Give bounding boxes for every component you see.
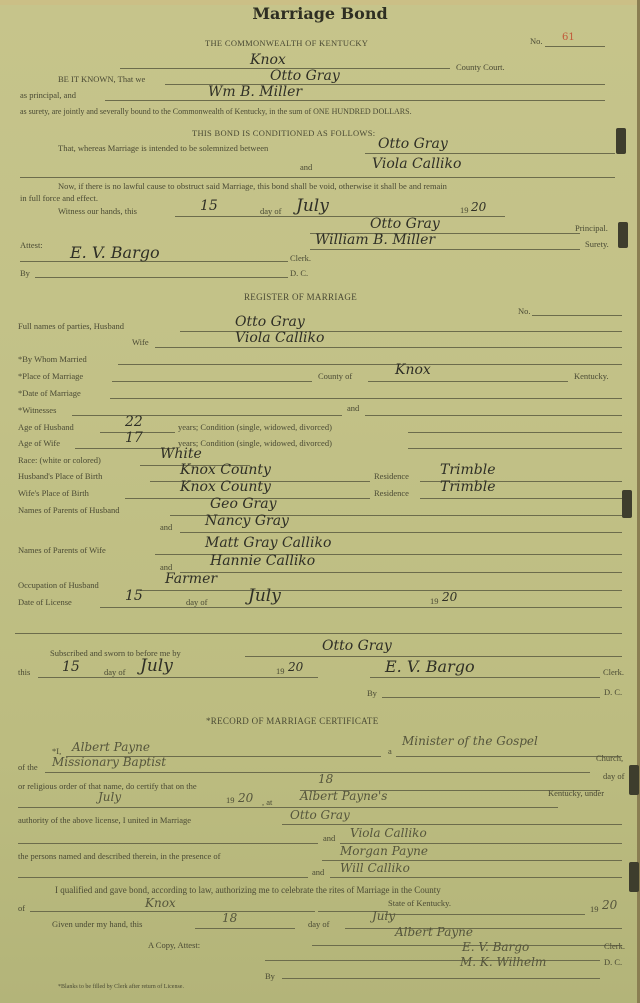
parents-wife-label: Names of Parents of Wife <box>18 545 106 555</box>
party1-name: Otto Gray <box>378 136 448 152</box>
husband-father: Geo Gray <box>210 496 276 512</box>
age-wife-label: Age of Wife <box>18 438 60 448</box>
wife-father: Matt Gray Calliko <box>205 535 331 551</box>
commonwealth-heading: THE COMMONWEALTH OF KENTUCKY <box>205 38 368 48</box>
wife-birth: Knox County <box>180 479 271 495</box>
husband-birth: Knox County <box>180 462 271 478</box>
register-county: Knox <box>395 362 431 378</box>
sworn-day: 15 <box>62 659 80 675</box>
wife-birth-label: Wife's Place of Birth <box>18 488 89 498</box>
document-page: Marriage Bond THE COMMONWEALTH OF KENTUC… <box>0 0 640 1003</box>
residence-label-husband: Residence <box>374 471 409 481</box>
witnesses-and-label: and <box>347 403 359 413</box>
at-label: , at <box>262 797 272 807</box>
of-label: of <box>18 903 25 913</box>
wife-label: Wife <box>132 337 149 347</box>
license-day-of-label: day of <box>186 597 207 607</box>
presence-text: the persons named and described therein,… <box>18 851 221 861</box>
witness-and-label: and <box>312 867 324 877</box>
sworn-dc-label: D. C. <box>604 687 622 697</box>
bride-name: Viola Calliko <box>350 826 427 840</box>
now-text-2: in full force and effect. <box>20 193 98 203</box>
bond-number-label: No. <box>530 36 543 46</box>
given-day: 18 <box>222 911 237 925</box>
dc-label: D. C. <box>290 268 308 278</box>
by-whom-label: *By Whom Married <box>18 354 87 364</box>
by-label: By <box>20 268 30 278</box>
given-year-prefix: 19 <box>590 904 599 914</box>
license-year: 20 <box>442 590 457 604</box>
officiant-signature: Albert Payne <box>395 925 473 939</box>
county-name: Knox <box>250 52 286 68</box>
surety-name: Wm B. Miller <box>208 84 302 100</box>
condition-label-husband: years; Condition (single, widowed, divor… <box>178 422 332 432</box>
witnesses-label: *Witnesses <box>18 405 56 415</box>
license-year-prefix: 19 <box>430 596 439 606</box>
certificate-month: July <box>98 790 121 804</box>
license-month: July <box>248 586 281 606</box>
surety-label: Surety. <box>585 239 609 249</box>
surety-signature: William B. Miller <box>315 232 435 248</box>
attest-clerk: E. V. Bargo <box>70 243 160 262</box>
kentucky-under-label: Kentucky, under <box>548 788 604 798</box>
and-label: and <box>300 162 312 172</box>
parents-husband-label: Names of Parents of Husband <box>18 505 120 515</box>
attest-clerk-signature: E. V. Bargo <box>462 940 529 954</box>
certificate-year: 20 <box>238 791 253 805</box>
year-prefix: 19 <box>460 205 469 215</box>
register-heading: REGISTER OF MARRIAGE <box>244 292 357 302</box>
of-the-label: of the <box>18 762 38 772</box>
occupation-label: Occupation of Husband <box>18 580 99 590</box>
husband-residence: Trimble <box>440 462 496 478</box>
principal-label: Principal. <box>575 223 608 233</box>
witness-month: July <box>296 196 329 216</box>
sworn-day-of-label: day of <box>104 667 125 677</box>
license-label: Date of License <box>18 597 72 607</box>
officiant-title: Minister of the Gospel <box>402 734 538 748</box>
age-husband: 22 <box>125 414 143 430</box>
principal-signature: Otto Gray <box>370 216 440 232</box>
sworn-clerk: E. V. Bargo <box>385 657 475 676</box>
attest-label: Attest: <box>20 240 43 250</box>
denomination: Missionary Baptist <box>52 755 166 769</box>
wife-residence: Trimble <box>440 479 496 495</box>
residence-label-wife: Residence <box>374 488 409 498</box>
husband-name: Otto Gray <box>235 314 305 330</box>
place-label: *Place of Marriage <box>18 371 83 381</box>
state-label: State of Kentucky. <box>388 898 451 908</box>
witness1-name: Morgan Payne <box>340 844 428 858</box>
certificate-day: 18 <box>318 772 333 786</box>
certificate-year-prefix: 19 <box>226 795 235 805</box>
principal-name: Otto Gray <box>270 68 340 84</box>
county-of-label: County of <box>318 371 352 381</box>
bond-county: Knox <box>145 896 176 910</box>
binder-tab <box>629 765 639 795</box>
full-names-label: Full names of parties, Husband <box>18 321 124 331</box>
binder-tab <box>622 490 632 518</box>
sworn-year: 20 <box>288 660 303 674</box>
and-label-husband-parents: and <box>160 522 172 532</box>
surety-text: as surety, are jointly and severally bou… <box>20 107 412 116</box>
copy-dc-label: D. C. <box>604 957 622 967</box>
county-court-label: County Court. <box>456 62 505 72</box>
certificate-day-of-label: day of <box>603 771 624 781</box>
sworn-month: July <box>140 656 173 676</box>
wife-mother: Hannie Calliko <box>210 553 315 569</box>
certificate-a-label: a <box>388 746 392 756</box>
groom-name: Otto Gray <box>290 808 350 822</box>
binder-tab <box>618 222 628 248</box>
party2-name: Viola Calliko <box>372 156 461 172</box>
this-label: this <box>18 667 30 677</box>
day-of-label: day of <box>260 206 281 216</box>
date-label: *Date of Marriage <box>18 388 81 398</box>
license-day: 15 <box>125 588 143 604</box>
qualified-text: I qualified and gave bond, according to … <box>55 885 441 895</box>
subscribed-by: Otto Gray <box>322 638 392 654</box>
given-month: July <box>372 909 395 923</box>
copy-clerk-label: Clerk. <box>604 941 625 951</box>
conditioned-heading: THIS BOND IS CONDITIONED AS FOLLOWS: <box>192 128 375 138</box>
race-value: White <box>160 446 202 462</box>
be-it-known-label: BE IT KNOWN, That we <box>58 74 145 84</box>
given-year: 20 <box>602 898 617 912</box>
husband-mother: Nancy Gray <box>205 513 289 529</box>
sworn-by-label: By <box>367 688 377 698</box>
as-principal-label: as principal, and <box>20 90 76 100</box>
marriage-location: Albert Payne's <box>300 789 387 803</box>
certificate-heading: *RECORD OF MARRIAGE CERTIFICATE <box>206 716 379 726</box>
whereas-text: That, whereas Marriage is intended to be… <box>58 143 268 153</box>
clerk-label: Clerk. <box>290 253 311 263</box>
footnote: *Blanks to be filled by Clerk after retu… <box>58 984 184 990</box>
witness-year: 20 <box>471 200 486 214</box>
document-title: Marriage Bond <box>0 4 640 23</box>
wife-name: Viola Calliko <box>235 330 324 346</box>
binder-tab <box>629 862 639 892</box>
bond-number: 61 <box>562 32 575 43</box>
certificate-and-label: and <box>323 833 335 843</box>
witness2-name: Will Calliko <box>340 861 410 875</box>
now-text-1: Now, if there is no lawful cause to obst… <box>58 181 447 191</box>
occupation-value: Farmer <box>165 571 217 587</box>
witness-label: Witness our hands, this <box>58 206 137 216</box>
husband-birth-label: Husband's Place of Birth <box>18 471 102 481</box>
kentucky-label: Kentucky. <box>574 371 609 381</box>
copy-attest-label: A Copy, Attest: <box>148 940 200 950</box>
sworn-clerk-label: Clerk. <box>603 667 624 677</box>
church-label: Church, <box>596 753 623 763</box>
attest-dc-signature: M. K. Wilhelm <box>460 955 546 969</box>
register-number-label: No. <box>518 306 531 316</box>
binder-tab <box>616 128 626 154</box>
authority-text: authority of the above license, I united… <box>18 815 191 825</box>
given-label: Given under my hand, this <box>52 919 142 929</box>
officiant-name: Albert Payne <box>72 740 150 754</box>
witness-day: 15 <box>200 198 218 214</box>
copy-by-label: By <box>265 971 275 981</box>
race-label: Race: (white or colored) <box>18 455 101 465</box>
age-husband-label: Age of Husband <box>18 422 74 432</box>
sworn-year-prefix: 19 <box>276 666 285 676</box>
given-day-of-label: day of <box>308 919 329 929</box>
age-wife: 17 <box>125 430 143 446</box>
